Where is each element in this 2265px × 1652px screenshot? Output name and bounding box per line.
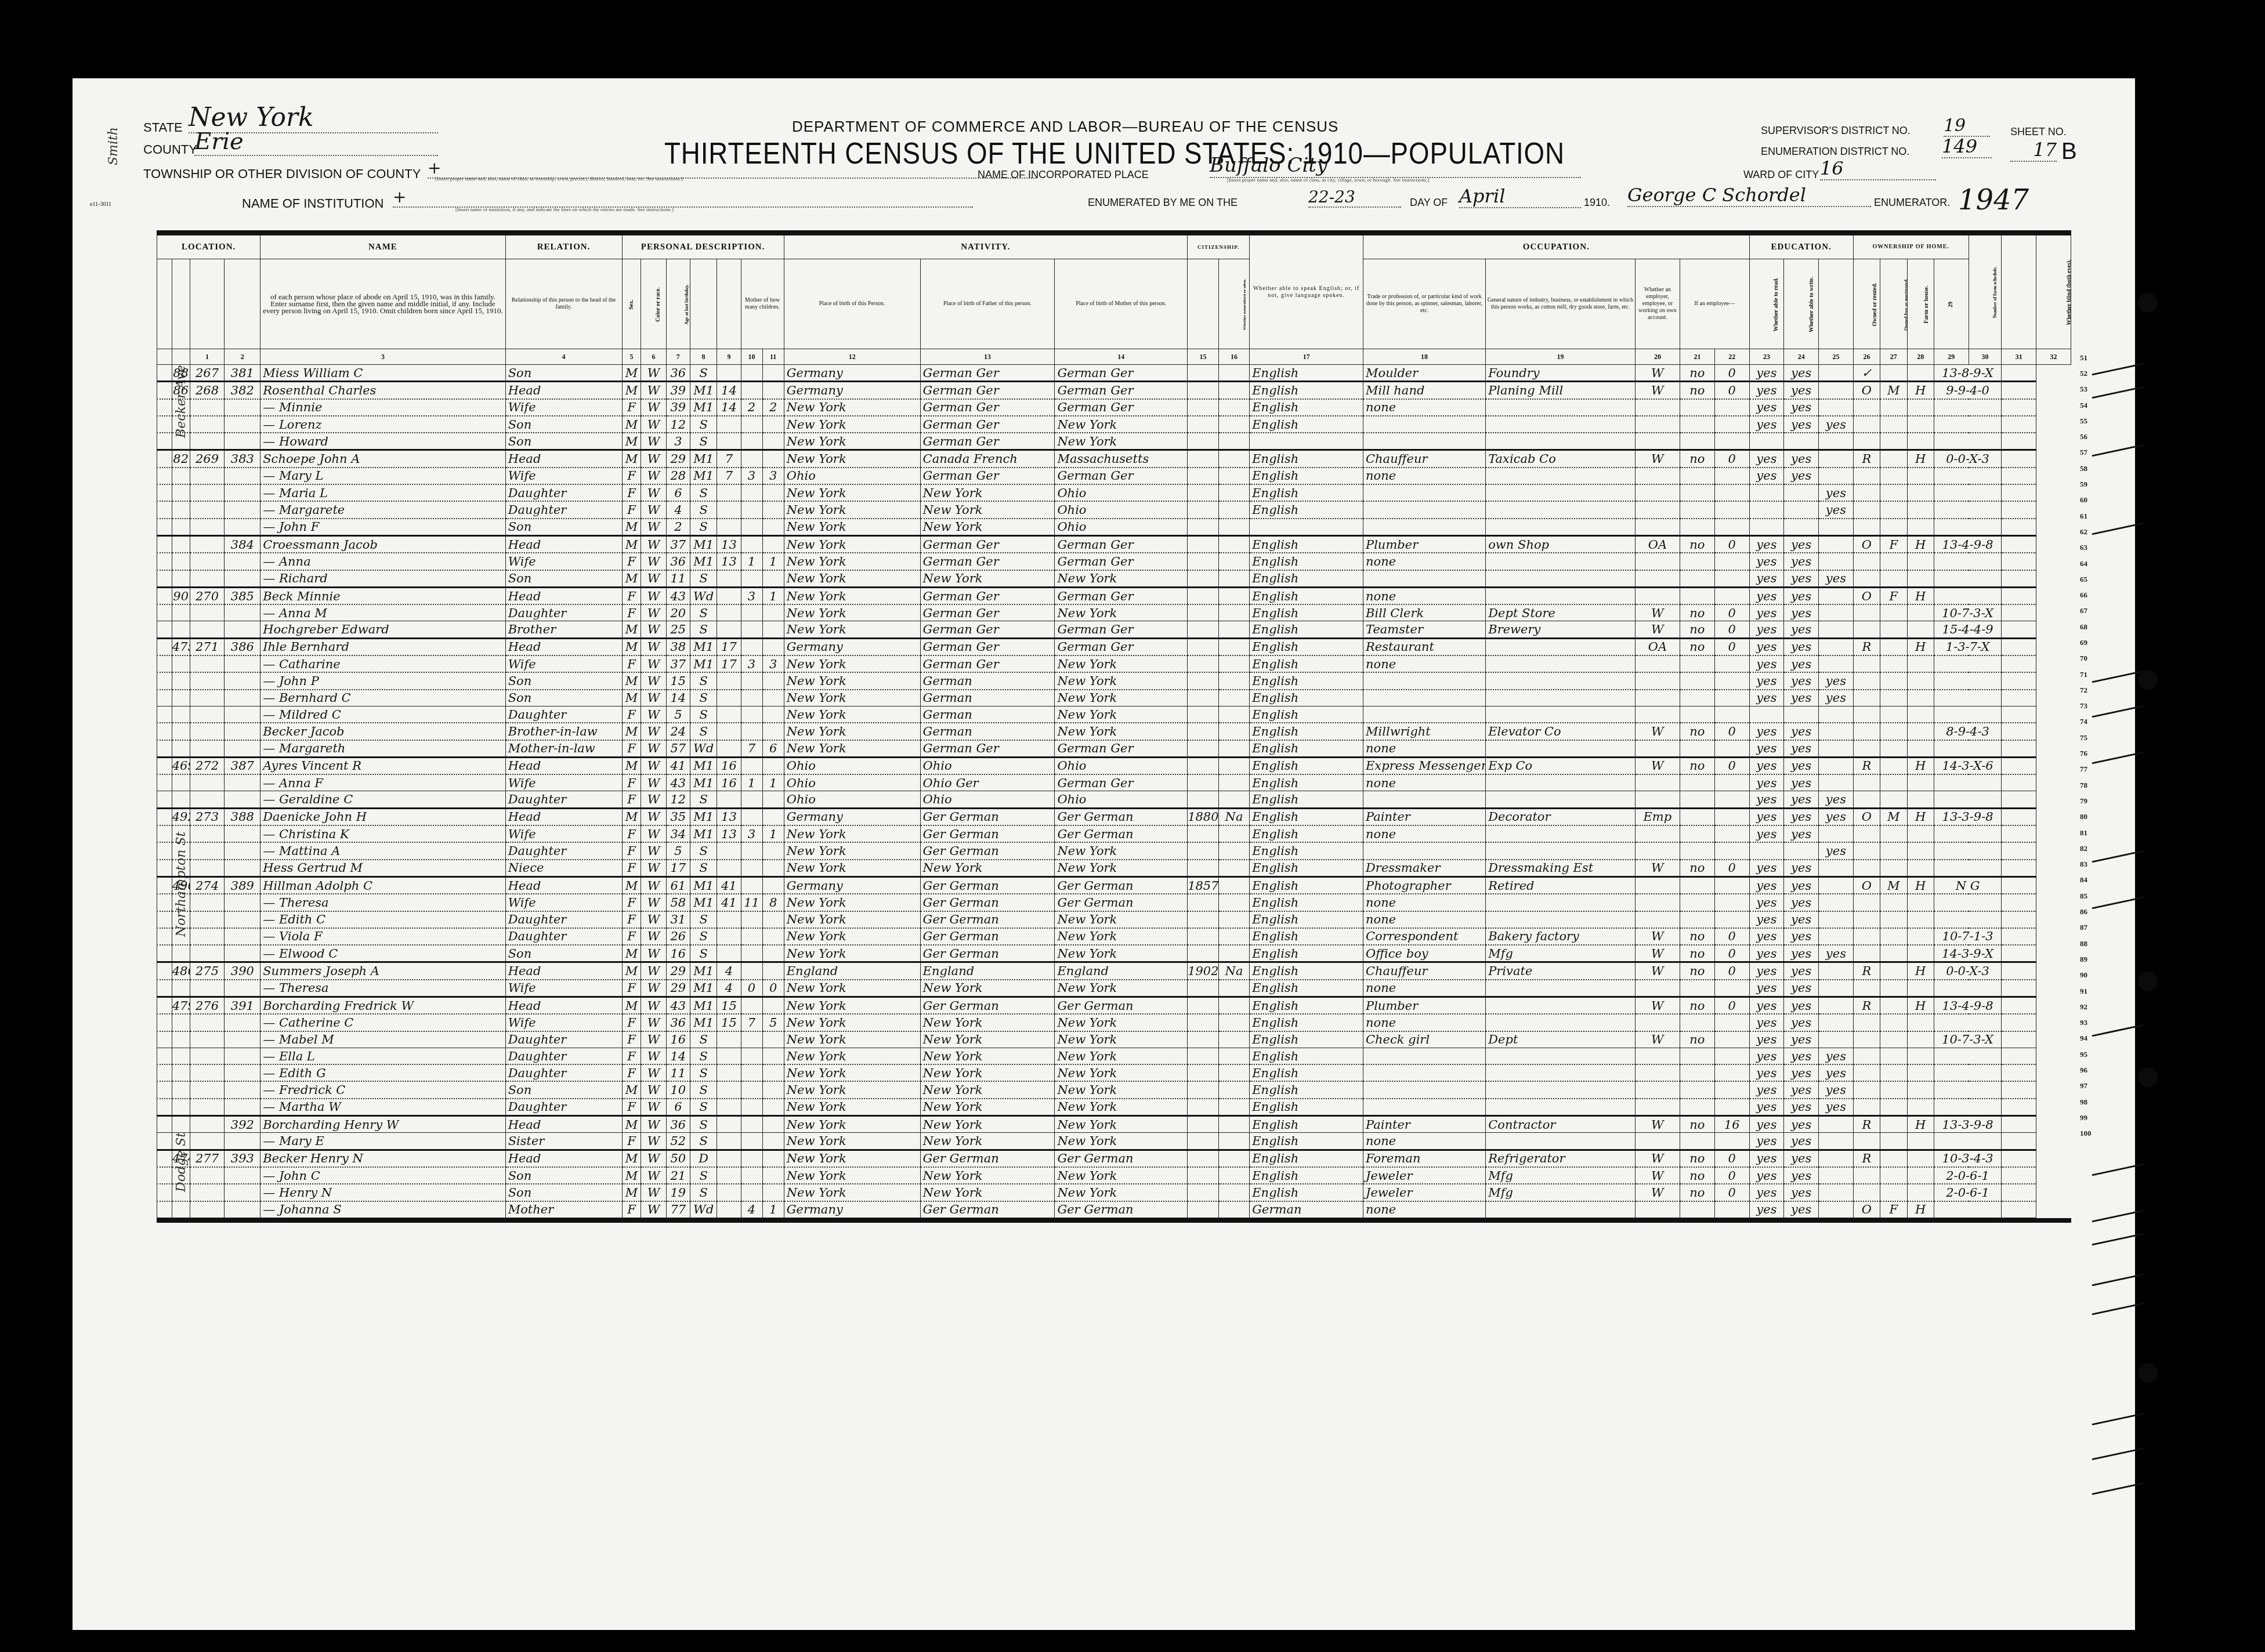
cell-father-birthplace: Ohio <box>920 791 1055 808</box>
cell-house <box>172 791 190 808</box>
cell-children-living: 2 <box>762 399 784 416</box>
cell-can-write: yes <box>1784 587 1819 604</box>
cell-language: English <box>1250 808 1363 825</box>
cell-owned-rented <box>1853 723 1880 740</box>
cell-dwelling <box>190 980 225 997</box>
cell-trade: none <box>1363 911 1486 928</box>
cell-free-mortgaged <box>1880 1048 1907 1064</box>
cell-owned-rented <box>1853 655 1880 672</box>
cell-language: English <box>1250 501 1363 518</box>
cell-race: W <box>641 962 666 980</box>
cell-mother-birthplace: Ger German <box>1055 894 1188 911</box>
cell-naturalization <box>1218 928 1250 945</box>
cell-owned-rented <box>1853 570 1880 588</box>
cell-street <box>157 774 172 791</box>
header-farm-house: Farm or house. <box>1923 285 1930 323</box>
cell-free-mortgaged <box>1880 791 1907 808</box>
cell-father-birthplace: Ger German <box>920 808 1055 825</box>
cell-naturalization <box>1218 655 1250 672</box>
cell-can-write: yes <box>1784 655 1819 672</box>
cell-naturalization <box>1218 638 1250 655</box>
cell-free-mortgaged <box>1880 1064 1907 1081</box>
cell-father-birthplace: German Ger <box>920 365 1055 382</box>
table-row: — RichardSonMW11SNew YorkNew YorkNew Yor… <box>157 570 2071 588</box>
cell-can-read: yes <box>1749 1031 1784 1048</box>
cell-birthplace: New York <box>784 1064 920 1081</box>
cell-owned-rented <box>1853 825 1880 842</box>
cell-children-born <box>741 1116 762 1133</box>
tick-mark <box>2092 1164 2144 1176</box>
cell-years-married <box>717 928 741 945</box>
cell-immigration-year <box>1188 842 1219 859</box>
table-row: — Viola FDaughterFW26SNew YorkGer German… <box>157 928 2071 945</box>
cell-schedule-codes <box>1934 860 2001 877</box>
cell-naturalization <box>1218 433 1250 450</box>
cell-school <box>1819 519 1854 536</box>
ward-label: Ward of city <box>1743 169 1819 181</box>
cell-owned-rented: R <box>1853 997 1880 1014</box>
line-number: 67 <box>2080 603 2103 619</box>
cell-can-read: yes <box>1749 825 1784 842</box>
cell-age: 15 <box>666 672 690 689</box>
cell-owned-rented: O <box>1853 1201 1880 1218</box>
cell-school: yes <box>1819 570 1854 588</box>
cell-family <box>225 655 260 672</box>
cell-schedule-codes: 14-3-X-6 <box>1934 757 2001 774</box>
cell-age: 61 <box>666 876 690 894</box>
township-label: Township or other division of county <box>143 166 421 182</box>
cell-deaf <box>2002 1099 2036 1116</box>
cell-years-married <box>717 621 741 638</box>
cell-mother-birthplace: Ger German <box>1055 997 1188 1014</box>
cell-mother-birthplace: New York <box>1055 604 1188 621</box>
cell-school <box>1819 382 1854 399</box>
cell-years-married <box>717 1133 741 1150</box>
cell-deaf <box>2002 604 2036 621</box>
cell-years-married <box>717 365 741 382</box>
cell-industry <box>1486 519 1636 536</box>
cell-house <box>172 945 190 962</box>
cell-immigration-year <box>1188 1031 1219 1048</box>
line-number: 90 <box>2080 968 2103 983</box>
cell-farm-house <box>1907 928 1934 945</box>
cell-race: W <box>641 655 666 672</box>
cell-father-birthplace: New York <box>920 1133 1055 1150</box>
line-number: 95 <box>2080 1046 2103 1062</box>
cell-relation: Niece <box>505 860 622 877</box>
cell-naturalization <box>1218 980 1250 997</box>
header-relation-desc: Relationship of this person to the head … <box>505 259 622 349</box>
cell-sex: F <box>622 1031 641 1048</box>
cell-birthplace: New York <box>784 860 920 877</box>
cell-birthplace: Germany <box>784 365 920 382</box>
cell-naturalization <box>1218 1081 1250 1098</box>
cell-can-write: yes <box>1784 1116 1819 1133</box>
cell-immigration-year <box>1188 1150 1219 1167</box>
cell-weeks-unemployed <box>1714 672 1749 689</box>
cell-dwelling: 274 <box>190 876 225 894</box>
cell-immigration-year <box>1188 1201 1219 1218</box>
table-row: — John FSonMW2SNew YorkNew YorkOhio <box>157 519 2071 536</box>
cell-employer-status <box>1635 876 1680 894</box>
col-num-14: 14 <box>1055 349 1188 365</box>
cell-language: English <box>1250 860 1363 877</box>
cell-dwelling <box>190 740 225 758</box>
cell-years-married <box>717 723 741 740</box>
cell-dwelling <box>190 655 225 672</box>
cell-weeks-unemployed: 0 <box>1714 928 1749 945</box>
cell-children-living <box>762 808 784 825</box>
cell-name: — John P <box>260 672 505 689</box>
cell-mother-birthplace: Ohio <box>1055 757 1188 774</box>
cell-children-born <box>741 791 762 808</box>
cell-relation: Son <box>505 416 622 433</box>
line-number: 80 <box>2080 809 2103 825</box>
cell-birthplace: New York <box>784 672 920 689</box>
cell-sex: M <box>622 945 641 962</box>
cell-naturalization <box>1218 723 1250 740</box>
cell-can-read: yes <box>1749 1099 1784 1116</box>
cell-father-birthplace: German Ger <box>920 604 1055 621</box>
census-sheet: State New York County Erie Township or o… <box>73 78 2135 1630</box>
cell-farm-house <box>1907 570 1934 588</box>
cell-children-living: 1 <box>762 825 784 842</box>
cell-trade: Foreman <box>1363 1150 1486 1167</box>
cell-weeks-unemployed <box>1714 911 1749 928</box>
cell-house: 480 <box>172 962 190 980</box>
cell-birthplace: New York <box>784 416 920 433</box>
cell-out-of-work <box>1680 655 1715 672</box>
cell-owned-rented <box>1853 1014 1880 1031</box>
cell-owned-rented <box>1853 416 1880 433</box>
cell-age: 29 <box>666 450 690 468</box>
cell-father-birthplace: New York <box>920 1064 1055 1081</box>
cell-free-mortgaged <box>1880 706 1907 723</box>
cell-immigration-year <box>1188 468 1219 484</box>
cell-street <box>157 1167 172 1184</box>
cell-schedule-codes: 10-7-3-X <box>1934 1031 2001 1048</box>
cell-owned-rented <box>1853 1099 1880 1116</box>
cell-schedule-codes <box>1934 842 2001 859</box>
cell-can-read: yes <box>1749 1133 1784 1150</box>
cell-dwelling <box>190 501 225 518</box>
cell-school: yes <box>1819 416 1854 433</box>
cell-weeks-unemployed: 0 <box>1714 382 1749 399</box>
cell-school: yes <box>1819 672 1854 689</box>
cell-family <box>225 945 260 962</box>
cell-employer-status <box>1635 519 1680 536</box>
group-location: LOCATION. <box>157 236 260 259</box>
cell-language: English <box>1250 638 1363 655</box>
cell-street <box>157 808 172 825</box>
cell-can-read: yes <box>1749 655 1784 672</box>
header-free-mortgaged: Owned free or mortgaged. <box>1903 278 1907 331</box>
cell-name: — Fredrick C <box>260 1081 505 1098</box>
cell-marital: S <box>690 501 717 518</box>
cell-mother-birthplace: New York <box>1055 570 1188 588</box>
cell-employer-status <box>1635 1048 1680 1064</box>
cell-deaf <box>2002 1048 2036 1064</box>
cell-farm-house: H <box>1907 876 1934 894</box>
col-num-8: 8 <box>690 349 717 365</box>
cell-children-born <box>741 706 762 723</box>
cell-employer-status: W <box>1635 1167 1680 1184</box>
cell-trade <box>1363 1081 1486 1098</box>
cell-schedule-codes <box>1934 774 2001 791</box>
cell-free-mortgaged <box>1880 468 1907 484</box>
cell-years-married <box>717 1184 741 1201</box>
line-number: 73 <box>2080 698 2103 714</box>
cell-age: 25 <box>666 621 690 638</box>
cell-birthplace: New York <box>784 655 920 672</box>
cell-schedule-codes <box>1934 690 2001 707</box>
cell-relation: Son <box>505 1167 622 1184</box>
cell-name: — Mabel M <box>260 1031 505 1048</box>
cell-out-of-work <box>1680 740 1715 758</box>
cell-marital: M1 <box>690 553 717 570</box>
cell-children-born <box>741 1048 762 1064</box>
cell-industry <box>1486 894 1636 911</box>
cell-house: 492 <box>172 808 190 825</box>
cell-mother-birthplace: New York <box>1055 706 1188 723</box>
cell-out-of-work <box>1680 570 1715 588</box>
cell-farm-house <box>1907 1099 1934 1116</box>
stamp-number: 1947 <box>1958 184 2029 216</box>
cell-father-birthplace: New York <box>920 570 1055 588</box>
col-num-26: 26 <box>1853 349 1880 365</box>
cell-house: 474 <box>172 1150 190 1167</box>
cell-relation: Son <box>505 570 622 588</box>
cell-dwelling <box>190 1116 225 1133</box>
cell-name: — Theresa <box>260 980 505 997</box>
cell-children-living <box>762 757 784 774</box>
cell-trade: none <box>1363 740 1486 758</box>
cell-school: yes <box>1819 791 1854 808</box>
cell-sex: M <box>622 1150 641 1167</box>
cell-school <box>1819 980 1854 997</box>
cell-family: 385 <box>225 587 260 604</box>
cell-sex: F <box>622 1133 641 1150</box>
cell-marital: S <box>690 928 717 945</box>
cell-owned-rented <box>1853 928 1880 945</box>
cell-children-born <box>741 928 762 945</box>
cell-dwelling <box>190 894 225 911</box>
cell-school <box>1819 997 1854 1014</box>
cell-marital: M1 <box>690 825 717 842</box>
cell-can-read: yes <box>1749 860 1784 877</box>
cell-schedule-codes <box>1934 791 2001 808</box>
cell-free-mortgaged <box>1880 1167 1907 1184</box>
cell-language: English <box>1250 825 1363 842</box>
cell-mother-birthplace: New York <box>1055 672 1188 689</box>
cell-deaf <box>2002 962 2036 980</box>
cell-house <box>172 655 190 672</box>
cell-age: 38 <box>666 638 690 655</box>
cell-birthplace: New York <box>784 723 920 740</box>
cell-house <box>172 570 190 588</box>
cell-relation: Daughter <box>505 604 622 621</box>
cell-father-birthplace: German Ger <box>920 621 1055 638</box>
cell-race: W <box>641 1048 666 1064</box>
cell-industry <box>1486 553 1636 570</box>
cell-race: W <box>641 535 666 553</box>
cell-trade: Restaurant <box>1363 638 1486 655</box>
cell-schedule-codes: 9-9-4-0 <box>1934 382 2001 399</box>
cell-street <box>157 450 172 468</box>
cell-street <box>157 980 172 997</box>
cell-age: 77 <box>666 1201 690 1218</box>
cell-deaf <box>2002 1133 2036 1150</box>
cell-race: W <box>641 484 666 501</box>
line-number: 51 <box>2080 350 2103 365</box>
cell-can-read: yes <box>1749 911 1784 928</box>
cell-free-mortgaged <box>1880 501 1907 518</box>
cell-years-married <box>717 1048 741 1064</box>
cell-family <box>225 980 260 997</box>
cell-language: English <box>1250 876 1363 894</box>
cell-deaf <box>2002 706 2036 723</box>
cell-owned-rented: O <box>1853 808 1880 825</box>
col-num-22: 22 <box>1714 349 1749 365</box>
cell-sex: F <box>622 706 641 723</box>
cell-industry <box>1486 1081 1636 1098</box>
cell-years-married <box>717 587 741 604</box>
cell-owned-rented <box>1853 604 1880 621</box>
line-number: 85 <box>2080 888 2103 904</box>
cell-owned-rented <box>1853 1133 1880 1150</box>
cell-age: 34 <box>666 825 690 842</box>
cell-owned-rented: O <box>1853 876 1880 894</box>
cell-children-born <box>741 638 762 655</box>
cell-years-married <box>717 1150 741 1167</box>
enumeration-district-value: 149 <box>1942 135 1992 158</box>
cell-farm-house <box>1907 433 1934 450</box>
cell-farm-house <box>1907 1184 1934 1201</box>
cell-mother-birthplace: Ohio <box>1055 791 1188 808</box>
cell-farm-house <box>1907 706 1934 723</box>
cell-sex: F <box>622 604 641 621</box>
cell-father-birthplace: New York <box>920 1081 1055 1098</box>
cell-house <box>172 621 190 638</box>
cell-family: 391 <box>225 997 260 1014</box>
cell-father-birthplace: German <box>920 723 1055 740</box>
cell-house: 490 <box>172 876 190 894</box>
cell-family <box>225 621 260 638</box>
cell-marital: S <box>690 570 717 588</box>
cell-children-born: 1 <box>741 553 762 570</box>
cell-sex: M <box>622 997 641 1014</box>
cell-sex: F <box>622 553 641 570</box>
cell-immigration-year <box>1188 535 1219 553</box>
cell-name: — Anna F <box>260 774 505 791</box>
cell-industry: Retired <box>1486 876 1636 894</box>
cell-age: 12 <box>666 416 690 433</box>
cell-out-of-work <box>1680 553 1715 570</box>
cell-can-write: yes <box>1784 399 1819 416</box>
cell-race: W <box>641 740 666 758</box>
cell-school <box>1819 365 1854 382</box>
cell-father-birthplace: German Ger <box>920 535 1055 553</box>
cell-employer-status <box>1635 416 1680 433</box>
cell-children-living <box>762 433 784 450</box>
cell-relation: Wife <box>505 655 622 672</box>
table-row: — Anna FWifeFW43M11611OhioOhio GerGerman… <box>157 774 2071 791</box>
cell-relation: Son <box>505 672 622 689</box>
cell-trade <box>1363 416 1486 433</box>
cell-can-read: yes <box>1749 997 1784 1014</box>
cell-weeks-unemployed: 0 <box>1714 535 1749 553</box>
cell-name: — Lorenz <box>260 416 505 433</box>
cell-immigration-year <box>1188 519 1219 536</box>
cell-street <box>157 501 172 518</box>
cell-weeks-unemployed <box>1714 553 1749 570</box>
cell-sex: M <box>622 757 641 774</box>
cell-owned-rented <box>1853 894 1880 911</box>
cell-children-living <box>762 1081 784 1098</box>
cell-street <box>157 604 172 621</box>
cell-dwelling: 275 <box>190 962 225 980</box>
cell-school <box>1819 1201 1854 1218</box>
cell-race: W <box>641 1014 666 1031</box>
cell-father-birthplace: England <box>920 962 1055 980</box>
cell-name: — Christina K <box>260 825 505 842</box>
cell-employer-status <box>1635 774 1680 791</box>
cell-family <box>225 842 260 859</box>
cell-race: W <box>641 808 666 825</box>
cell-out-of-work <box>1680 876 1715 894</box>
cell-years-married <box>717 484 741 501</box>
cell-free-mortgaged: F <box>1880 587 1907 604</box>
cell-family <box>225 604 260 621</box>
table-row: 469272387Ayres Vincent RHeadMW41M116Ohio… <box>157 757 2071 774</box>
cell-marital: M1 <box>690 774 717 791</box>
cell-farm-house <box>1907 690 1934 707</box>
table-row: 86268382Rosenthal CharlesHeadMW39M114Ger… <box>157 382 2071 399</box>
cell-race: W <box>641 365 666 382</box>
line-number: 89 <box>2080 951 2103 967</box>
table-row: 490274389Hillman Adolph CHeadMW61M141Ger… <box>157 876 2071 894</box>
cell-industry <box>1486 825 1636 842</box>
cell-immigration-year <box>1188 860 1219 877</box>
cell-out-of-work: no <box>1680 757 1715 774</box>
cell-age: 14 <box>666 690 690 707</box>
cell-marital: S <box>690 519 717 536</box>
cell-street <box>157 433 172 450</box>
cell-immigration-year <box>1188 911 1219 928</box>
cell-school: yes <box>1819 1048 1854 1064</box>
cell-weeks-unemployed <box>1714 484 1749 501</box>
cell-family <box>225 1133 260 1150</box>
cell-deaf <box>2002 484 2036 501</box>
cell-can-write: yes <box>1784 774 1819 791</box>
table-row: — Fredrick CSonMW10SNew YorkNew YorkNew … <box>157 1081 2071 1098</box>
cell-free-mortgaged <box>1880 1150 1907 1167</box>
cell-street <box>157 535 172 553</box>
cell-children-born: 7 <box>741 740 762 758</box>
table-row: — John CSonMW21SNew YorkNew YorkNew York… <box>157 1167 2071 1184</box>
cell-age: 21 <box>666 1167 690 1184</box>
cell-marital: M1 <box>690 962 717 980</box>
cell-relation: Wife <box>505 774 622 791</box>
cell-can-read <box>1749 706 1784 723</box>
cell-age: 11 <box>666 570 690 588</box>
cell-relation: Head <box>505 1150 622 1167</box>
cell-marital: M1 <box>690 808 717 825</box>
cell-children-born <box>741 501 762 518</box>
cell-years-married: 16 <box>717 757 741 774</box>
cell-race: W <box>641 519 666 536</box>
cell-trade: Check girl <box>1363 1031 1486 1048</box>
